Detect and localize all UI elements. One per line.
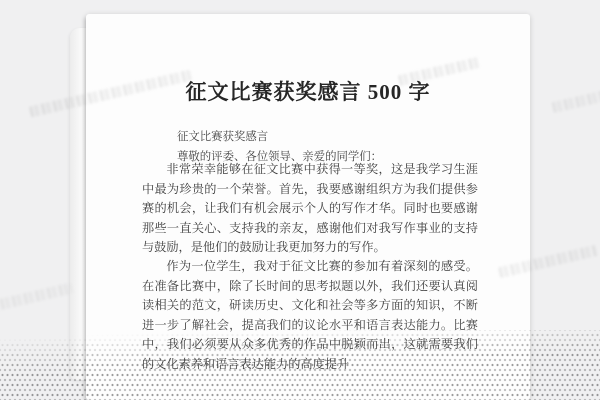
watermark [551, 90, 600, 113]
paragraph: 作为一位学生，我对于征文比赛的参加有着深刻的感受。在准备比赛中，除了长时间的思考… [142, 257, 478, 374]
document-page: 征文比赛获奖感言 500 字 征文比赛获奖感言 尊敬的评委、各位领导、亲爱的同学… [86, 14, 530, 400]
page-title: 征文比赛获奖感言 500 字 [86, 80, 530, 104]
document-preview: 征文比赛获奖感言 500 字 征文比赛获奖感言 尊敬的评委、各位领导、亲爱的同学… [0, 0, 600, 400]
paragraph: 非常荣幸能够在征文比赛中获得一等奖，这是我学习生涯中最为珍贵的一个荣誉。首先，我… [142, 160, 478, 258]
document-subtitle: 征文比赛获奖感言 [177, 130, 268, 144]
watermark [0, 283, 73, 313]
